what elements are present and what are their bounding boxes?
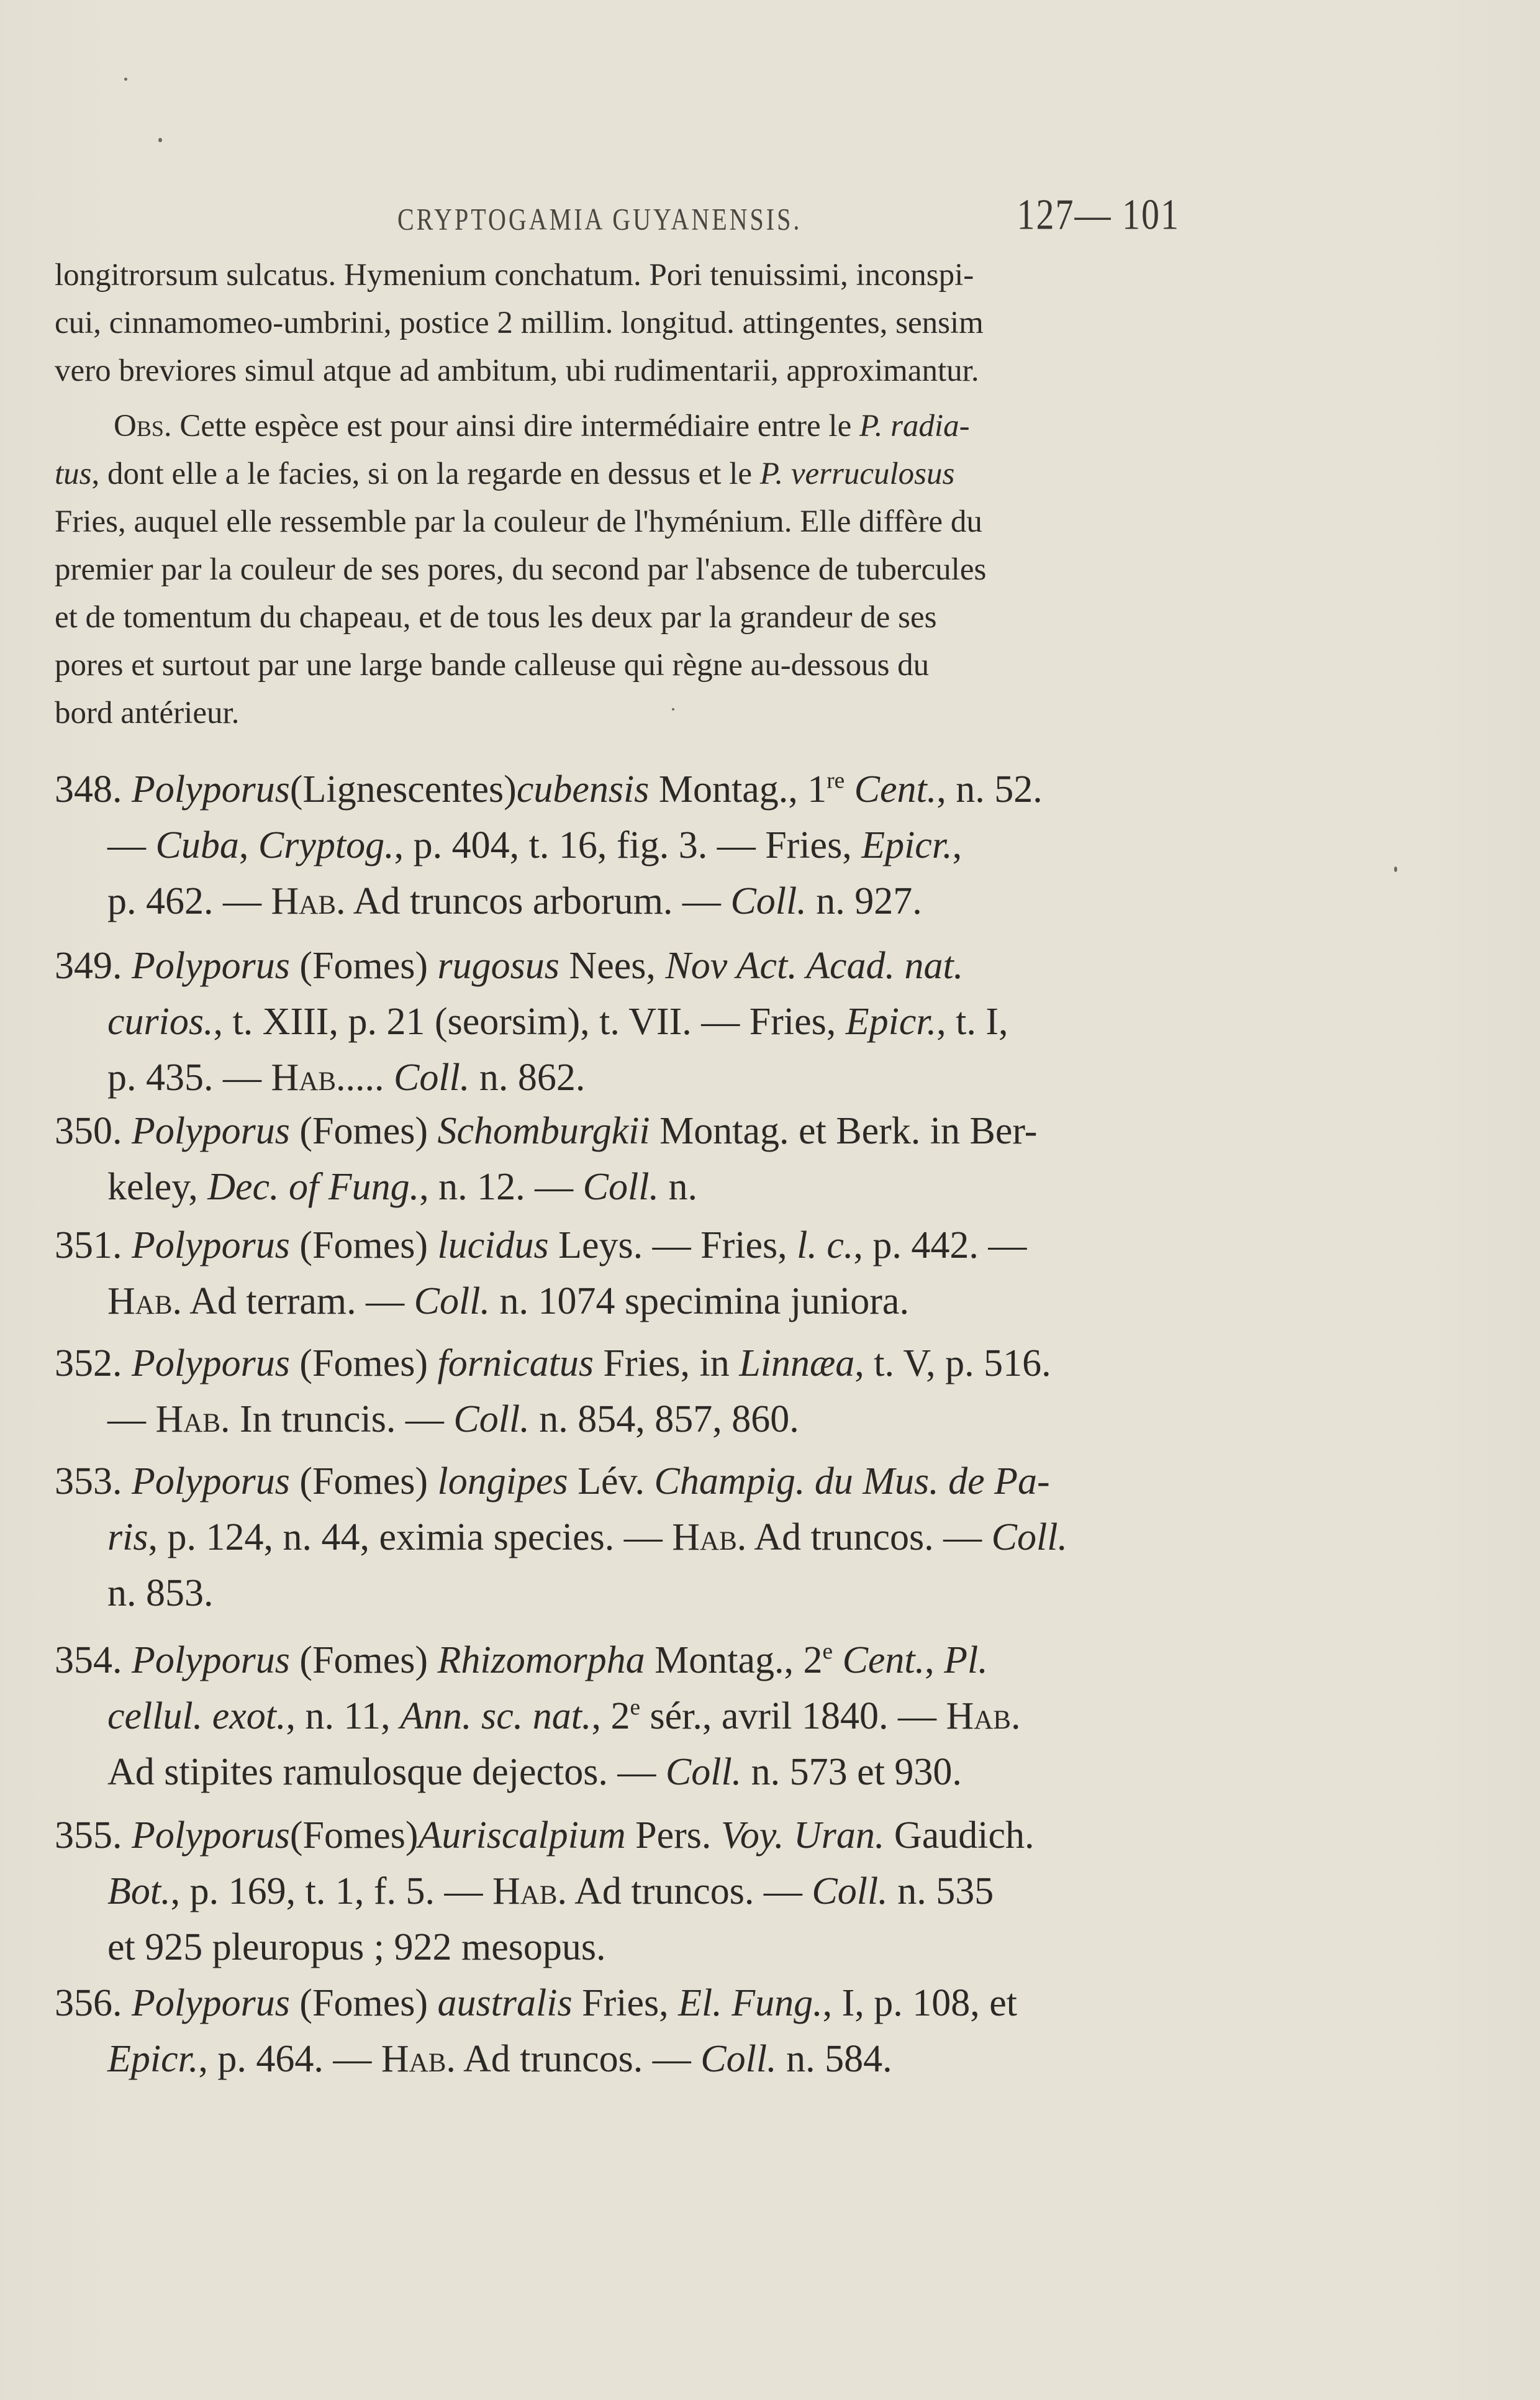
text-line: cellul. exot., n. 11, Ann. sc. nat., 2e … [55, 1688, 1194, 1744]
page-number: 127— 101 [1017, 189, 1180, 239]
text-line: p. 435. — Hab..... Coll. n. 862. [55, 1050, 1194, 1106]
running-title: CRYPTOGAMIA GUYANENSIS. [397, 201, 802, 237]
paper-speck [158, 138, 162, 142]
text-line: — Cuba, Cryptog., p. 404, t. 16, fig. 3.… [55, 817, 1194, 873]
text-line: ris, p. 124, n. 44, eximia species. — Ha… [55, 1509, 1194, 1565]
text-line: Epicr., p. 464. — Hab. Ad truncos. — Col… [55, 2031, 1194, 2087]
species-entry: 350. Polyporus (Fomes) Schomburgkii Mont… [55, 1103, 1194, 1215]
text-line: Bot., p. 169, t. 1, f. 5. — Hab. Ad trun… [55, 1863, 1194, 1919]
paper-speck [124, 78, 127, 81]
text-line: 352. Polyporus (Fomes) fornicatus Fries,… [55, 1335, 1194, 1391]
text-line: Obs. Cette espèce est pour ainsi dire in… [55, 402, 1194, 450]
text-line: longitrorsum sulcatus. Hymenium conchatu… [55, 252, 1194, 299]
text-line: et de tomentum du chapeau, et de tous le… [55, 594, 1194, 642]
book-page: CRYPTOGAMIA GUYANENSIS. 127— 101 longitr… [0, 0, 1540, 2400]
species-entry: 353. Polyporus (Fomes) longipes Lév. Cha… [55, 1453, 1194, 1621]
text-line: — Hab. In truncis. — Coll. n. 854, 857, … [55, 1391, 1194, 1447]
text-line: vero breviores simul atque ad ambitum, u… [55, 347, 1194, 395]
text-line: bord antérieur. [55, 689, 1194, 737]
species-entry: 351. Polyporus (Fomes) lucidus Leys. — F… [55, 1217, 1194, 1329]
text-line: 355. Polyporus(Fomes)Auriscalpium Pers. … [55, 1807, 1194, 1863]
text-line: premier par la couleur de ses pores, du … [55, 546, 1194, 594]
species-entry: 354. Polyporus (Fomes) Rhizomorpha Monta… [55, 1632, 1194, 1800]
paper-speck [672, 708, 674, 711]
text-line: curios., t. XIII, p. 21 (seorsim), t. VI… [55, 994, 1194, 1050]
text-line: tus, dont elle a le facies, si on la reg… [55, 450, 1194, 498]
species-entry: 352. Polyporus (Fomes) fornicatus Fries,… [55, 1335, 1194, 1447]
text-line: 350. Polyporus (Fomes) Schomburgkii Mont… [55, 1103, 1194, 1159]
text-line: et 925 pleuropus ; 922 mesopus. [55, 1919, 1194, 1975]
text-line: Hab. Ad terram. — Coll. n. 1074 specimin… [55, 1273, 1194, 1329]
text-line: 351. Polyporus (Fomes) lucidus Leys. — F… [55, 1217, 1194, 1273]
text-line: 356. Polyporus (Fomes) australis Fries, … [55, 1975, 1194, 2031]
text-line: 354. Polyporus (Fomes) Rhizomorpha Monta… [55, 1632, 1194, 1688]
text-line: n. 853. [55, 1565, 1194, 1621]
text-line: cui, cinnamomeo-umbrini, postice 2 milli… [55, 299, 1194, 347]
text-line: p. 462. — Hab. Ad truncos arborum. — Col… [55, 873, 1194, 929]
running-head: CRYPTOGAMIA GUYANENSIS. 127— 101 [397, 189, 1180, 239]
observation-paragraph: Obs. Cette espèce est pour ainsi dire in… [55, 402, 1194, 737]
species-entry: 356. Polyporus (Fomes) australis Fries, … [55, 1975, 1194, 2087]
text-line: 348. Polyporus(Lignescentes)cubensis Mon… [55, 761, 1194, 817]
species-entry: 348. Polyporus(Lignescentes)cubensis Mon… [55, 761, 1194, 929]
species-entry: 349. Polyporus (Fomes) rugosus Nees, Nov… [55, 938, 1194, 1106]
text-line: Fries, auquel elle ressemble par la coul… [55, 498, 1194, 546]
text-line: Ad stipites ramulosque dejectos. — Coll.… [55, 1744, 1194, 1800]
text-line: 353. Polyporus (Fomes) longipes Lév. Cha… [55, 1453, 1194, 1509]
species-entry: 355. Polyporus(Fomes)Auriscalpium Pers. … [55, 1807, 1194, 1975]
intro-paragraph: longitrorsum sulcatus. Hymenium conchatu… [55, 252, 1194, 395]
paper-speck [1394, 866, 1397, 872]
text-line: keley, Dec. of Fung., n. 12. — Coll. n. [55, 1159, 1194, 1215]
text-line: pores et surtout par une large bande cal… [55, 642, 1194, 689]
text-line: 349. Polyporus (Fomes) rugosus Nees, Nov… [55, 938, 1194, 994]
